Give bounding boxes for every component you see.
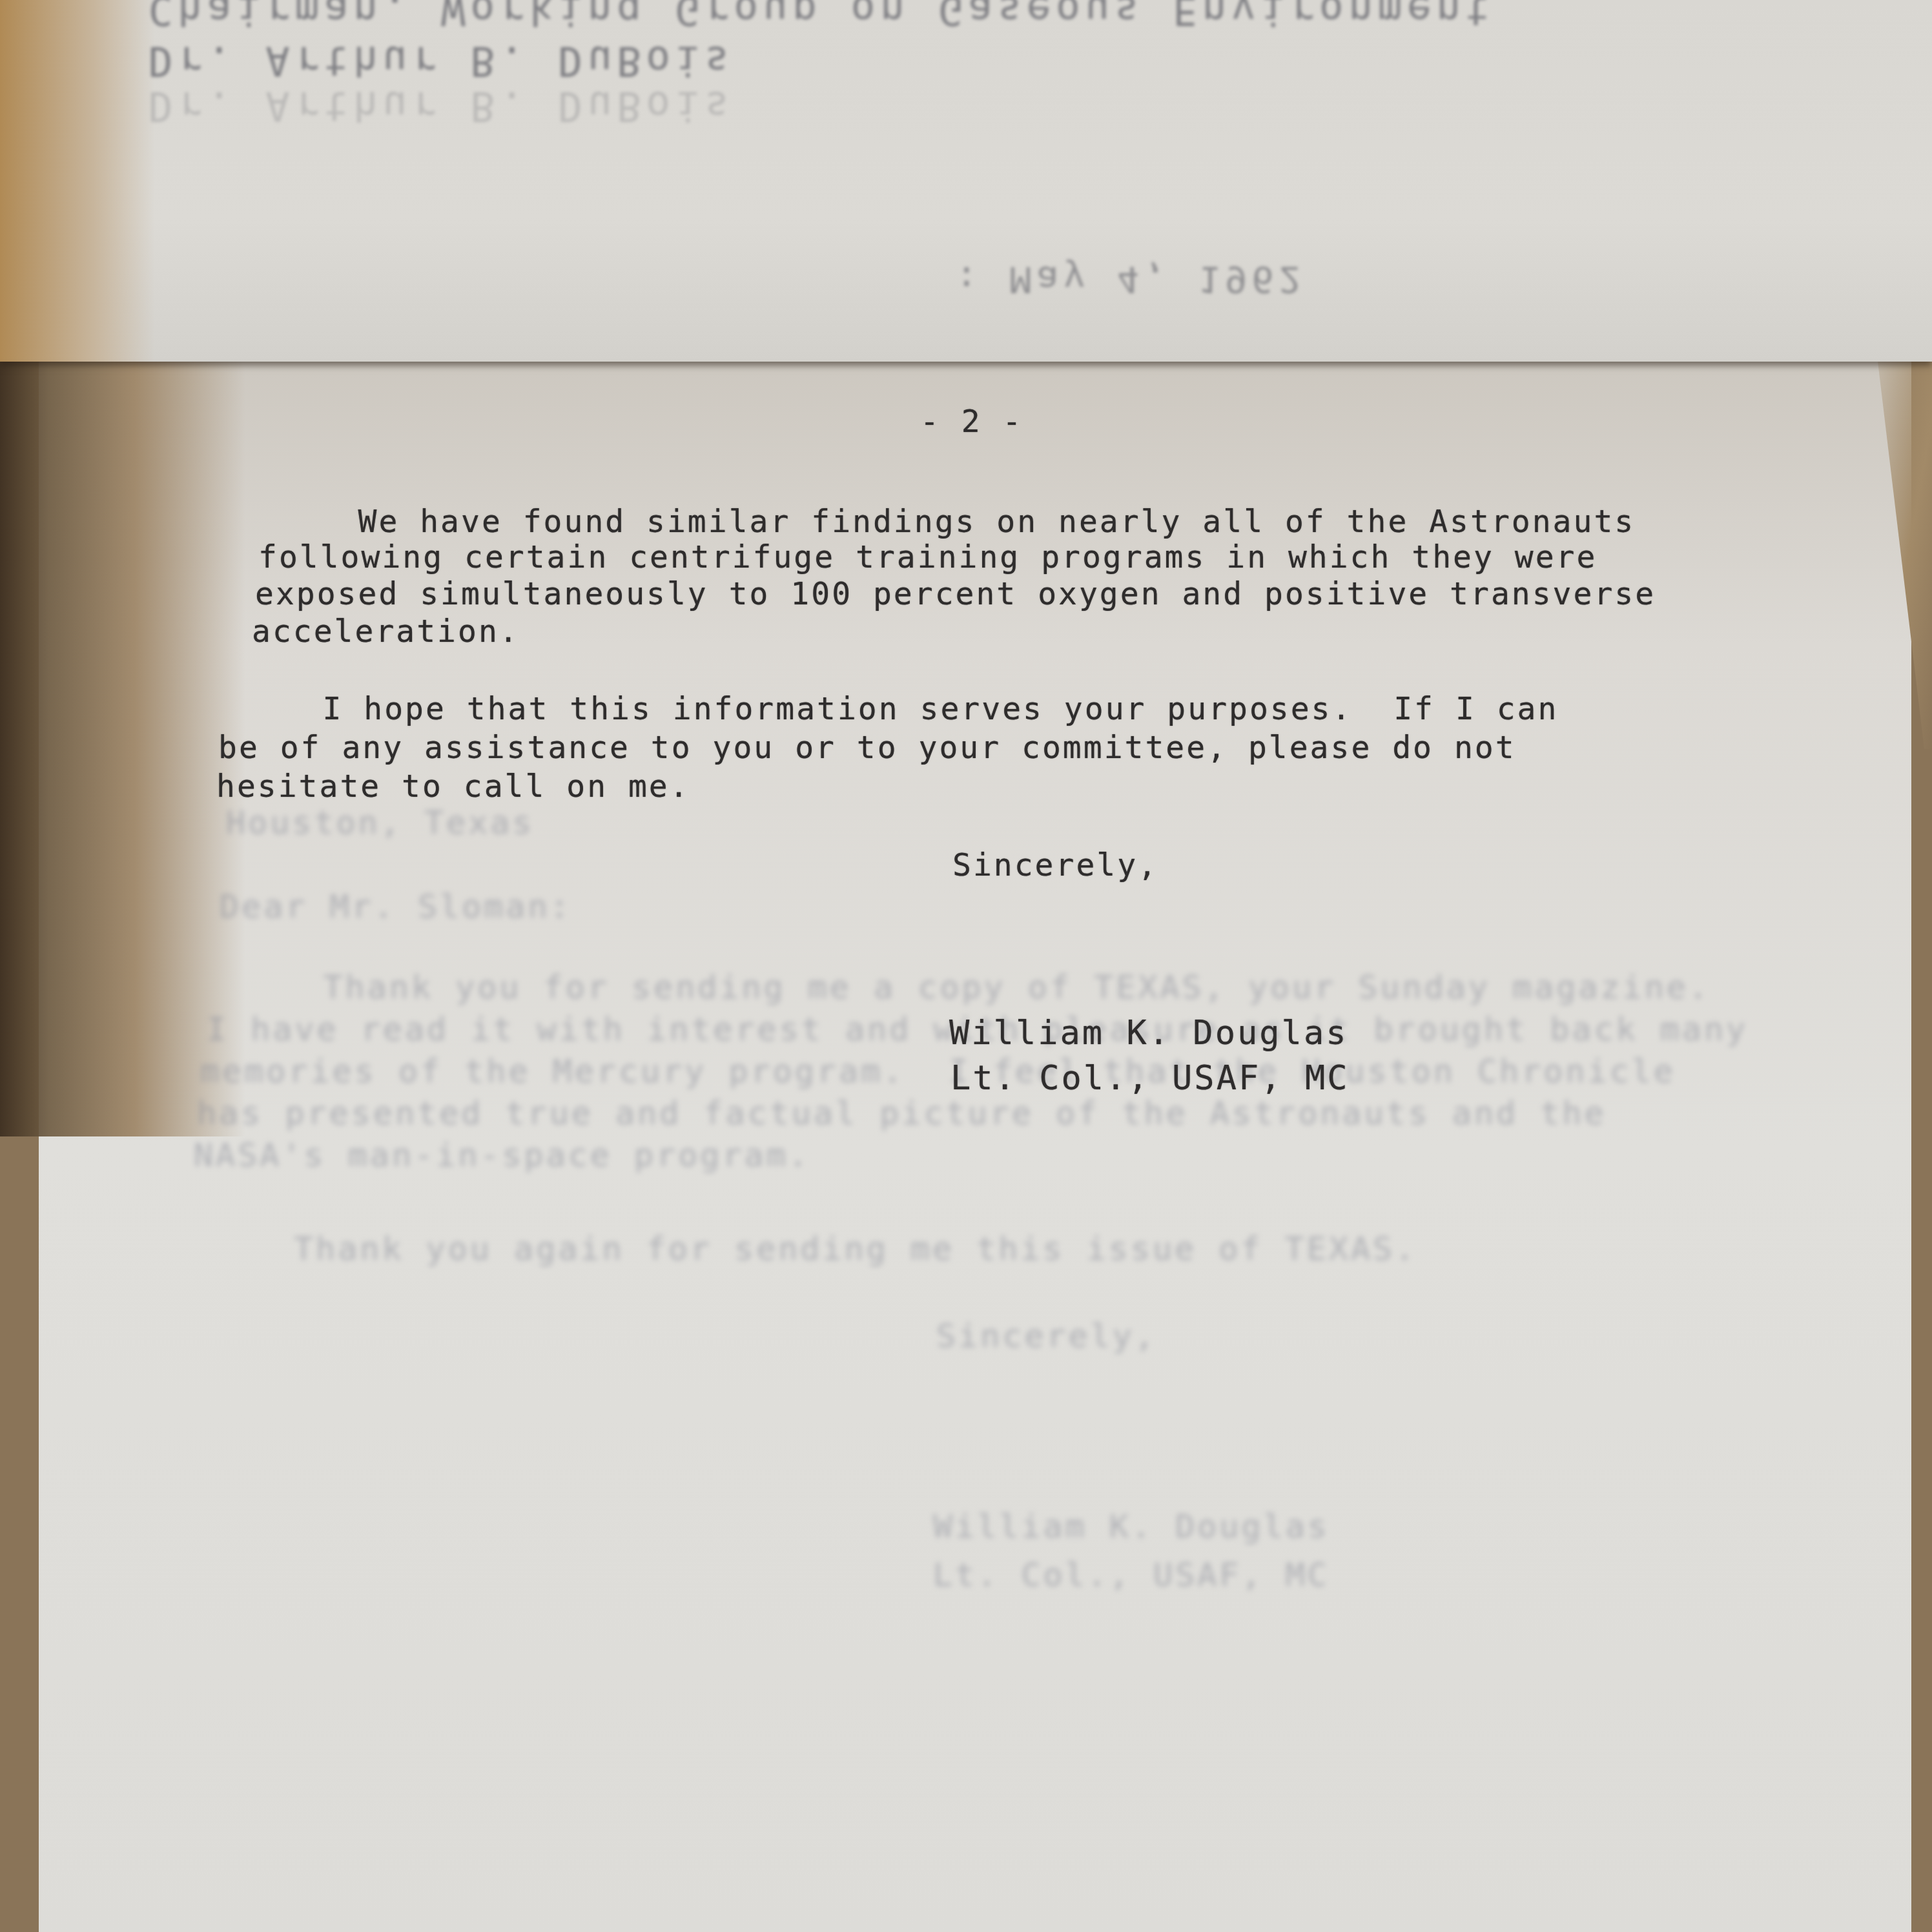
mirrored-text-line: Chairman, Working Group on Gaseous Envir… [149,0,1495,34]
paragraph-1-line: acceleration. [252,613,520,650]
bleed-body-line: NASA's man-in-space program. [194,1136,810,1174]
mirrored-date: : May 4, 1962 [956,258,1306,300]
bleed-thanks: Thank you again for sending me this issu… [294,1230,1417,1268]
page-number: - 2 - [920,404,1023,440]
paragraph-1-line: exposed simultaneously to 100 percent ox… [255,576,1656,612]
mirrored-text-line: Dr. Arthur B. DuBois [149,83,734,130]
paragraph-1-line: following certain centrifuge training pr… [258,539,1597,575]
paragraph-2-line: be of any assistance to you or to your c… [218,730,1516,766]
bleed-signature-name: William K. Douglas [933,1508,1330,1545]
bleed-body-line: has presented true and factual picture o… [197,1094,1607,1132]
bleed-body-line: memories of the Mercury program. I feel … [200,1053,1676,1090]
bleed-address: Houston, Texas [226,804,534,841]
paper-edge-tint [0,0,155,362]
closing: Sincerely, [952,847,1158,883]
paragraph-2-line: I hope that this information serves your… [220,691,1558,727]
bleed-body-line: Thank you for sending me a copy of TEXAS… [213,969,1711,1006]
bleed-salutation: Dear Mr. Sloman: [220,888,572,925]
signature-title: Lt. Col., USAF, MC [951,1059,1350,1098]
bleed-closing: Sincerely, [936,1317,1156,1355]
paragraph-2-line: hesitate to call on me. [216,768,690,805]
paragraph-1-line: We have found similar findings on nearly… [255,504,1635,540]
mirrored-text-line: Dr. Arthur B. DuBois [149,37,734,85]
flipped-previous-page: Chairman, Working Group on Gaseous Envir… [0,0,1932,362]
bleed-signature-title: Lt. Col., USAF, MC [933,1556,1330,1594]
signature-name: William K. Douglas [949,1014,1348,1053]
